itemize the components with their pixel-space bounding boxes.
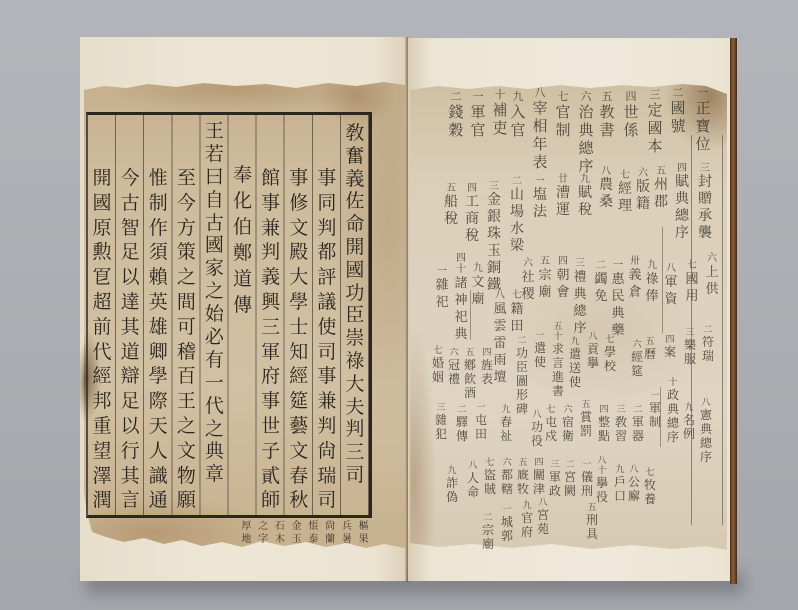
- glyph: 賊: [481, 482, 499, 496]
- toc-entry-number: 一: [472, 403, 490, 413]
- glyph: 邦: [88, 389, 116, 414]
- glyph: 詐: [443, 476, 461, 490]
- toc-entry-title: 金銀珠玉銅鐵: [485, 192, 503, 294]
- toc-entry-title: 鄕飮酒: [461, 358, 479, 400]
- glyph: 三: [341, 441, 369, 464]
- glyph: 稽: [172, 340, 200, 365]
- colophon-column: 兵暑: [339, 520, 356, 546]
- toc-entry: 五鄕飮酒: [461, 348, 479, 400]
- glyph: 澤: [88, 464, 116, 489]
- glyph: 宮: [534, 508, 552, 522]
- glyph: 鄕: [461, 358, 479, 372]
- toc-entry-number: 一: [609, 260, 627, 271]
- glyph: 六: [703, 253, 721, 264]
- glyph: 判: [313, 216, 341, 241]
- glyph: 至: [172, 166, 200, 191]
- glyph: 衛: [559, 429, 577, 443]
- toc-entry-title: 官府: [518, 511, 536, 539]
- toc-entry: 四工商稅: [463, 183, 481, 245]
- glyph: 一: [578, 460, 596, 470]
- toc-entry-title: 山場水梁: [508, 187, 526, 255]
- glyph: 具: [583, 527, 601, 541]
- toc-entry-number: 五十: [549, 322, 567, 342]
- glyph: 農: [597, 177, 615, 194]
- colophon-column: 石木: [272, 520, 289, 546]
- glyph: 傳: [453, 429, 471, 443]
- toc-entry-title: 春祉: [497, 415, 515, 443]
- glyph: 司: [341, 464, 369, 487]
- toc-entry-number: 八: [464, 461, 482, 471]
- glyph: 九: [469, 263, 487, 274]
- glyph: 四: [661, 335, 679, 345]
- glyph: 三: [681, 328, 699, 338]
- glyph: 學: [285, 290, 313, 315]
- glyph: 傳: [229, 292, 257, 318]
- glyph: 八: [662, 263, 680, 274]
- colophon-strip: 樞果 兵暑 尙蘭 悵泰 金玉 石木 之字 厚地: [238, 518, 372, 548]
- toc-entry-number: 九: [566, 337, 584, 347]
- toc-entry-number: 四: [595, 405, 613, 415]
- glyph: 一: [498, 505, 516, 515]
- toc-entry-number: 八: [534, 498, 552, 508]
- glyph: 表: [531, 153, 549, 171]
- glyph: 果: [355, 533, 372, 546]
- glyph: 四: [530, 458, 548, 468]
- glyph: 會: [554, 284, 572, 301]
- glyph: 始: [200, 303, 228, 326]
- toc-entry-title: 賦典總序: [673, 174, 691, 242]
- glyph: 七: [429, 346, 447, 356]
- glyph: 文: [172, 439, 200, 464]
- toc-entry: 九文廟: [469, 263, 487, 308]
- glyph: 旌: [478, 358, 496, 372]
- glyph: 四: [595, 405, 613, 415]
- toc-entry: 六宿衛: [559, 405, 577, 443]
- toc-entry-title: 祿俸: [643, 271, 661, 305]
- toc-entry: 五賞罰: [577, 400, 595, 438]
- glyph: 九: [509, 91, 527, 103]
- glyph: 知: [285, 340, 313, 365]
- glyph: 家: [200, 257, 228, 280]
- glyph: 雄: [144, 315, 172, 340]
- glyph: 稅: [442, 211, 460, 228]
- toc-entry: 四旌表: [478, 348, 496, 386]
- glyph: 惠: [609, 271, 627, 288]
- glyph: 二: [453, 405, 471, 415]
- toc-entry-number: 九: [680, 403, 698, 413]
- toc-entry-number: 三: [696, 163, 714, 174]
- glyph: 七: [641, 468, 659, 478]
- glyph: 朝: [554, 267, 572, 284]
- glyph: 場: [508, 204, 526, 221]
- toc-entry-title: 樂服: [681, 338, 699, 366]
- toc-entry-number: 二: [508, 176, 526, 187]
- glyph: 祉: [497, 429, 515, 443]
- toc-entry: 一儀刑: [578, 460, 596, 498]
- glyph: 兼: [313, 389, 341, 414]
- glyph: 九: [566, 337, 584, 347]
- toc-entry: 四賦典總序: [673, 163, 691, 242]
- glyph: 言: [116, 488, 144, 513]
- glyph: 雜: [432, 413, 450, 427]
- toc-entry: 五州郡: [652, 166, 670, 211]
- glyph: 書: [598, 121, 616, 139]
- toc-entry-number: 十: [491, 89, 509, 101]
- toc-entry-number: 二: [699, 325, 717, 335]
- glyph: 六: [559, 405, 577, 415]
- glyph: 五: [583, 503, 601, 513]
- glyph: 判: [313, 414, 341, 439]
- glyph: 世: [257, 414, 285, 439]
- toc-entry-number: 卅: [626, 256, 644, 267]
- glyph: 四: [622, 91, 640, 103]
- glyph: 有: [200, 349, 228, 372]
- glyph: 八: [531, 87, 549, 99]
- glyph: 表: [478, 372, 496, 386]
- toc-entry: 五船稅: [442, 183, 460, 228]
- toc-entry-number: 一: [578, 460, 596, 470]
- glyph: 事: [257, 389, 285, 414]
- glyph: 際: [144, 389, 172, 414]
- toc-entry-number: 四十: [452, 253, 470, 275]
- glyph: 憲: [697, 408, 715, 422]
- toc-entry: 七盜賊: [481, 458, 499, 496]
- colophon-column: 之字: [255, 520, 272, 546]
- glyph: 九: [643, 260, 661, 271]
- glyph: 玉: [485, 243, 503, 260]
- toc-entry-number: 五: [442, 183, 460, 194]
- glyph: 儀: [578, 470, 596, 484]
- glyph: 姻: [429, 370, 447, 384]
- toc-entry-title: 惠民典藥: [609, 271, 627, 339]
- glyph: 玉: [288, 533, 305, 546]
- toc-entry-title: 婚姻: [429, 356, 447, 384]
- toc-entry-number: 廿: [554, 174, 572, 185]
- text-column-8: 惟制作須賴英雄卿學際天人識通: [144, 166, 172, 513]
- glyph: 佐: [341, 190, 369, 213]
- toc-entry-title: 人命: [464, 471, 482, 499]
- glyph: 十: [452, 264, 470, 275]
- glyph: 八: [528, 410, 546, 420]
- glyph: 贈: [696, 191, 714, 208]
- glyph: 籍: [508, 301, 526, 318]
- glyph: 九: [518, 501, 536, 511]
- glyph: 經: [628, 350, 646, 364]
- toc-entry-title: 宗廟: [536, 267, 554, 301]
- glyph: 王: [172, 389, 200, 414]
- glyph: 制: [646, 415, 664, 429]
- glyph: 一: [531, 176, 549, 187]
- toc-entry-number: 三: [646, 89, 664, 101]
- toc-entry-number: 五: [536, 256, 554, 267]
- toc-entry: 六都轄: [498, 458, 516, 496]
- glyph: 號: [669, 117, 687, 135]
- glyph: 必: [200, 326, 228, 349]
- glyph: 使: [566, 375, 584, 389]
- text-column-7: 至今方策之間可稽百王之文物願: [172, 166, 200, 513]
- glyph: 二: [447, 91, 465, 103]
- toc-entry-number: 七: [554, 91, 572, 103]
- glyph: 十: [491, 89, 509, 101]
- glyph: 一: [531, 331, 549, 341]
- glyph: 厚: [238, 520, 255, 533]
- glyph: 國: [88, 191, 116, 216]
- glyph: 五: [442, 183, 460, 194]
- glyph: 制: [554, 121, 572, 139]
- toc-entry-title: 經理: [616, 181, 634, 215]
- colophon-column: 金玉: [288, 520, 305, 546]
- glyph: 經: [88, 364, 116, 389]
- toc-entry-number: 一: [531, 176, 549, 187]
- toc-entry: 六治典總序: [577, 91, 595, 175]
- glyph: 圖: [513, 374, 531, 388]
- glyph: 文: [285, 439, 313, 464]
- toc-entry-title: 上供: [703, 264, 721, 298]
- glyph: 漕: [554, 185, 572, 202]
- glyph: 制: [144, 191, 172, 216]
- glyph: 吏: [491, 119, 509, 137]
- glyph: 代: [200, 395, 228, 418]
- glyph: 總: [571, 303, 589, 320]
- toc-entry: 九戶口: [611, 465, 629, 503]
- glyph: 封: [696, 174, 714, 191]
- glyph: 典: [673, 191, 691, 208]
- glyph: 學: [144, 364, 172, 389]
- toc-entry-number: 十: [664, 378, 682, 388]
- text-column-1: 敎奮義佐命開國功臣崇祿大夫判三司: [341, 122, 369, 487]
- glyph: 一: [646, 391, 664, 401]
- glyph: 四: [478, 348, 496, 358]
- glyph: 祀: [452, 309, 470, 326]
- glyph: 春: [285, 464, 313, 489]
- toc-entry-title: 封贈承襲: [696, 174, 714, 242]
- toc-entry: 六冠禮: [445, 348, 463, 386]
- glyph: 偽: [443, 490, 461, 504]
- glyph: 國: [200, 234, 228, 257]
- toc-entry: 七國用: [683, 260, 701, 305]
- glyph: 州: [652, 177, 670, 194]
- glyph: 金: [288, 520, 305, 533]
- glyph: 今: [172, 191, 200, 216]
- text-column-2: 事同判都評議使司事兼判尙瑞司: [313, 166, 341, 513]
- toc-entry-title: 定國本: [646, 101, 664, 155]
- glyph: 風: [491, 301, 509, 318]
- toc-entry-title: 功役: [528, 420, 546, 448]
- glyph: 師: [257, 488, 285, 513]
- toc-entry: 九賦稅: [576, 174, 594, 219]
- glyph: 一: [609, 260, 627, 271]
- glyph: 一: [433, 266, 451, 277]
- toc-entry: 七官制: [554, 91, 572, 139]
- toc-entry-number: 四: [530, 458, 548, 468]
- toc-entry-title: 詐偽: [443, 476, 461, 504]
- glyph: 國: [669, 99, 687, 117]
- glyph: 金: [485, 192, 503, 209]
- glyph: 總: [673, 208, 691, 225]
- glyph: 梁: [508, 238, 526, 255]
- toc-entry-number: 七: [616, 170, 634, 181]
- glyph: 三: [646, 89, 664, 101]
- glyph: 二: [508, 176, 526, 187]
- glyph: 器: [629, 429, 647, 443]
- glyph: 五: [461, 348, 479, 358]
- glyph: 冟: [88, 265, 116, 290]
- toc-entry: 三雜犯: [432, 403, 450, 441]
- glyph: 瑞: [313, 464, 341, 489]
- glyph: 道: [229, 266, 257, 292]
- toc-entry-title: 廐牧: [514, 468, 532, 496]
- glyph: 三: [571, 258, 589, 269]
- glyph: 工: [463, 194, 481, 211]
- glyph: 諸: [452, 275, 470, 292]
- glyph: 木: [272, 533, 289, 546]
- toc-entry-number: 二: [669, 87, 687, 99]
- glyph: 一: [694, 87, 712, 99]
- toc-entry: 八軍資: [662, 263, 680, 308]
- glyph: 郭: [498, 529, 516, 543]
- glyph: 開: [88, 166, 116, 191]
- toc-entry-title: 屯田: [472, 413, 490, 441]
- toc-entry: 三敎習: [612, 405, 630, 443]
- glyph: 典: [697, 422, 715, 436]
- toc-entry-title: 補吏: [491, 101, 509, 137]
- toc-entry-title: 錢穀: [447, 103, 465, 139]
- glyph: 整: [595, 415, 613, 429]
- glyph: 七: [616, 170, 634, 181]
- glyph: 道: [116, 340, 144, 365]
- toc-entry-number: 八: [697, 398, 715, 408]
- toc-entry-number: 四: [661, 335, 679, 345]
- glyph: 間: [172, 290, 200, 315]
- glyph: 八: [697, 398, 715, 408]
- glyph: 筵: [285, 389, 313, 414]
- glyph: 文: [285, 216, 313, 241]
- toc-entry-title: 貢擧: [584, 342, 602, 370]
- glyph: 序: [577, 157, 595, 175]
- glyph: 九: [611, 465, 629, 475]
- author-column: 奉化伯鄭道傳: [229, 162, 257, 318]
- glyph: 免: [592, 288, 610, 305]
- toc-entry-title: 諸神祀典: [452, 275, 470, 343]
- glyph: 典: [577, 121, 595, 139]
- glyph: 十: [549, 332, 567, 342]
- toc-entry-number: 八: [597, 166, 615, 177]
- glyph: 子: [257, 439, 285, 464]
- glyph: 言: [549, 356, 567, 370]
- toc-entry-number: 九: [509, 91, 527, 103]
- toc-entry-number: 九: [497, 405, 515, 415]
- toc-entry: 九名例: [680, 403, 698, 441]
- glyph: 祀: [433, 294, 451, 311]
- glyph: 商: [463, 211, 481, 228]
- toc-entry-number: 六: [634, 168, 652, 179]
- toc-entry-title: 儀刑: [578, 470, 596, 498]
- glyph: 序: [697, 450, 715, 464]
- glyph: 錢: [447, 103, 465, 121]
- text-column-9: 今古智足以達其道辯足以行其言: [116, 166, 144, 513]
- glyph: 稅: [463, 228, 481, 245]
- glyph: 軍: [662, 274, 680, 291]
- toc-entry-number: 五: [577, 400, 595, 410]
- glyph: 之: [172, 414, 200, 439]
- glyph: 學: [601, 345, 619, 359]
- glyph: 鄭: [229, 240, 257, 266]
- toc-entry-number: 八: [584, 332, 602, 342]
- toc-entry-number: 二: [513, 336, 531, 346]
- glyph: 古: [200, 212, 228, 235]
- glyph: 事: [313, 166, 341, 191]
- toc-entry: 四整點: [595, 405, 613, 443]
- glyph: 議: [313, 290, 341, 315]
- glyph: 章: [200, 463, 228, 486]
- toc-entry-title: 禮典總序: [571, 269, 589, 337]
- toc-entry-number: 六: [519, 258, 537, 269]
- glyph: 遣: [531, 341, 549, 355]
- glyph: 養: [641, 492, 659, 506]
- toc-entry-number: 七: [641, 468, 659, 478]
- glyph: 廟: [536, 284, 554, 301]
- glyph: 進: [549, 370, 567, 384]
- toc-entry: 二錢穀: [447, 91, 465, 139]
- glyph: 願: [172, 488, 200, 513]
- toc-entry-number: 九: [518, 501, 536, 511]
- toc-entry-number: 三: [681, 328, 699, 338]
- glyph: 屯: [472, 413, 490, 427]
- toc-entry-number: 一: [433, 266, 451, 277]
- toc-entry-title: 軍器: [629, 415, 647, 443]
- glyph: 經: [616, 181, 634, 198]
- toc-entry: 四十諸神祀典: [452, 253, 470, 343]
- toc-entry-number: 三: [546, 460, 564, 470]
- toc-entry: 十政典總序: [664, 378, 682, 444]
- toc-entry-number: 一: [498, 505, 516, 515]
- glyph: 典: [609, 305, 627, 322]
- glyph: 一: [469, 91, 487, 103]
- glyph: 官: [509, 121, 527, 139]
- toc-entry: 五廐牧: [514, 458, 532, 496]
- glyph: 總: [664, 416, 682, 430]
- toc-entry-title: 牧養: [641, 478, 659, 506]
- toc-entry-title: 宗廟: [479, 523, 497, 551]
- toc-entry-number: 一: [531, 331, 549, 341]
- toc-entry-number: 七: [683, 260, 701, 271]
- toc-entry-title: 城郭: [498, 515, 516, 543]
- glyph: 政: [546, 484, 564, 498]
- glyph: 功: [513, 346, 531, 360]
- glyph: 一: [200, 372, 228, 395]
- glyph: 三: [546, 460, 564, 470]
- glyph: 八: [584, 332, 602, 342]
- glyph: 資: [662, 291, 680, 308]
- glyph: 廟: [479, 537, 497, 551]
- glyph: 經: [285, 364, 313, 389]
- glyph: 暑: [339, 533, 356, 546]
- glyph: 擧: [584, 356, 602, 370]
- toc-entry-number: 二: [447, 91, 465, 103]
- glyph: 書: [549, 384, 567, 398]
- toc-entry: 二國號: [669, 87, 687, 135]
- glyph: 禮: [445, 372, 463, 386]
- toc-entry-number: 二: [592, 260, 610, 271]
- glyph: 總: [697, 436, 715, 450]
- text-column-3: 事修文殿大學士知經筵藝文春秋: [285, 166, 313, 513]
- glyph: 物: [172, 464, 200, 489]
- toc-entry-number: 四: [622, 91, 640, 103]
- glyph: 夫: [341, 396, 369, 419]
- glyph: 遣: [566, 347, 584, 361]
- toc-entry-title: 工商稅: [463, 194, 481, 245]
- glyph: 之: [200, 280, 228, 303]
